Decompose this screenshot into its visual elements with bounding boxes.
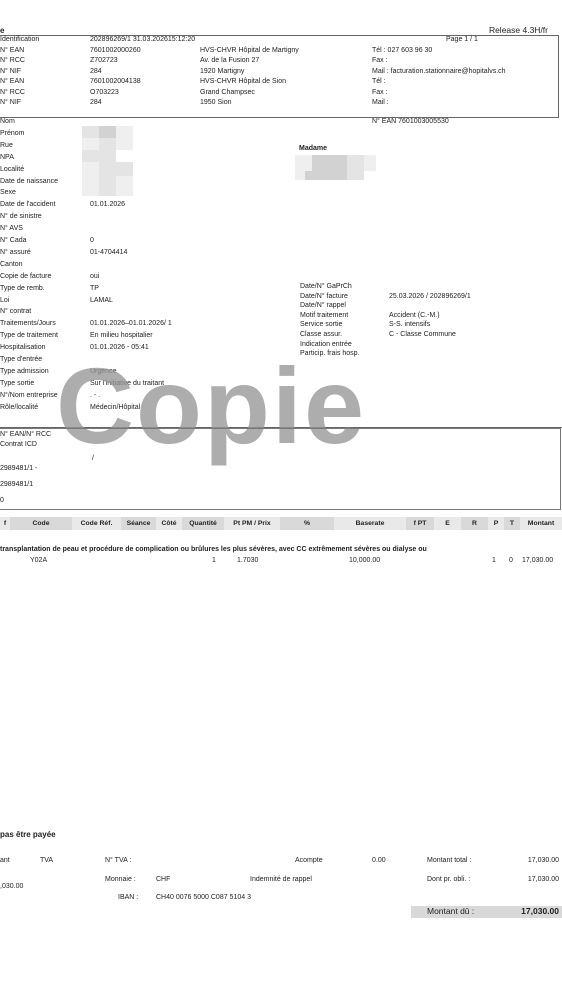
invoice-label: Date/N° facture (300, 293, 348, 300)
invoice-label: Date/N° rappel (300, 302, 346, 309)
acompte-label: Acompte (295, 857, 323, 864)
header-row: N° RCCO703223Grand ChampsecFax : (0, 89, 562, 99)
patient-label: N° Cada (0, 237, 27, 244)
row-quantite: 1 (212, 557, 216, 564)
diag-line-2: 2989481/1 (0, 481, 33, 488)
patient-label: Date de l'accident (0, 201, 55, 208)
monnaie-value: CHF (156, 876, 170, 883)
header-col3: Grand Champsec (200, 89, 255, 96)
col-code-ref: Code Réf. (72, 517, 121, 530)
col-percent: % (280, 517, 334, 530)
invoice-label: Service sortie (300, 321, 342, 328)
footer-amount: ,030.00 (0, 883, 23, 890)
header-value: 284 (90, 99, 102, 106)
header-label: Identification (0, 36, 39, 43)
tva-number-label: N° TVA : (105, 857, 131, 864)
invoice-label: Classe assur. (300, 331, 342, 338)
header-row: N° EAN7601002004138HVS-CHVR Hôpital de S… (0, 78, 562, 88)
header-label: N° NIF (0, 99, 21, 106)
release-label: Release 4.3H/fr (489, 25, 548, 35)
header-col3: Av. de la Fusion 27 (200, 57, 259, 64)
header-value: O703223 (90, 89, 119, 96)
invoice-label: Motif traitement (300, 312, 348, 319)
patient-label: Type sortie (0, 380, 34, 387)
patient-label: Sexe (0, 189, 16, 196)
patient-label: Hospitalisation (0, 344, 46, 351)
patient-label: N° contrat (0, 308, 31, 315)
col-prix: Pt PM / Prix (224, 517, 280, 530)
contract-box (0, 428, 561, 510)
col-p: P (488, 517, 504, 530)
header-col4: Mail : (372, 99, 389, 106)
patient-label: Canton (0, 261, 23, 268)
patient-label: Nom (0, 118, 15, 125)
row-code: Y02A (30, 557, 47, 564)
amount-due-label: Montant dû : (427, 906, 474, 916)
contract-slash: / (92, 455, 94, 462)
patient-label: Type d'entrée (0, 356, 42, 363)
patient-value: 01.01.2026 (90, 201, 125, 208)
col-fpt: f PT (406, 517, 434, 530)
oblig-value: 17,030.00 (528, 876, 559, 883)
col-cote: Côté (156, 517, 182, 530)
invoice-value: S-S. intensifs (389, 321, 430, 328)
patient-label: Loi (0, 297, 9, 304)
services-table-header: f Code Code Réf. Séance Côté Quantité Pt… (0, 517, 562, 530)
col-baserate: Baserate (334, 517, 406, 530)
patient-value: TP (90, 285, 99, 292)
header-label: N° EAN (0, 78, 24, 85)
diag-line-3: 0 (0, 497, 4, 504)
patient-value: 01.01.2026–01.01.2026/ 1 (90, 320, 172, 327)
col-code: Code (10, 517, 72, 530)
patient-value: LAMAL (90, 297, 113, 304)
monnaie-label: Monnaie : (105, 876, 136, 883)
amount-due-value: 17,030.00 (521, 906, 559, 916)
patient-label: Date de naissance (0, 178, 58, 185)
header-col3: HVS-CHVR Hôpital de Sion (200, 78, 286, 85)
col-r: R (461, 517, 488, 530)
patient-label: Prénom (0, 130, 25, 137)
row-t: 0 (509, 557, 513, 564)
header-value: 284 (90, 68, 102, 75)
header-col4: Mail : facturation.stationnaire@hopitalv… (372, 68, 506, 75)
payment-notice: pas être payée (0, 830, 56, 839)
invoice-value: C - Classe Commune (389, 331, 456, 338)
patient-label: N° de sinistre (0, 213, 42, 220)
header-label: N° RCC (0, 57, 25, 64)
patient-label: Copie de facture (0, 273, 51, 280)
header-row: N° NIF2841950 SionMail : (0, 99, 562, 109)
header-col4: Fax : (372, 57, 388, 64)
patient-label: Type de remb. (0, 285, 45, 292)
footer-col-tva: TVA (40, 857, 53, 864)
patient-label: Type de traitement (0, 332, 58, 339)
invoice-label: Date/N° GaPrCh (300, 283, 352, 290)
acompte-value: 0.00 (372, 857, 386, 864)
document-title: e (0, 26, 4, 35)
patient-value: 0 (90, 237, 94, 244)
header-col4: Fax : (372, 89, 388, 96)
recipient-ean: N° EAN 7601003005530 (372, 118, 449, 125)
header-label: N° RCC (0, 89, 25, 96)
col-f: f (0, 517, 10, 530)
patient-label: NPA (0, 154, 14, 161)
header-col3: 1950 Sion (200, 99, 232, 106)
patient-label: N° assuré (0, 249, 31, 256)
invoice-value: Accident (C.-M.) (389, 312, 440, 319)
patient-value: 01-4704414 (90, 249, 127, 256)
patient-value: oui (90, 273, 99, 280)
header-value: Z702723 (90, 57, 118, 64)
patient-label: Rôle/localité (0, 404, 38, 411)
row-prix: 1.7030 (237, 557, 258, 564)
patient-label: N°/Nom entreprise (0, 392, 58, 399)
header-row: Identification202896269/1 31.03.202615:1… (0, 36, 562, 46)
patient-label: Traitements/Jours (0, 320, 56, 327)
col-montant: Montant (520, 517, 562, 530)
patient-value: En milieu hospitalier (90, 332, 153, 339)
indemnite-label: Indemnité de rappel (250, 876, 312, 883)
recipient-salutation: Madame (299, 145, 327, 152)
row-p: 1 (492, 557, 496, 564)
header-row: N° RCCZ702723Av. de la Fusion 27Fax : (0, 57, 562, 67)
col-t: T (504, 517, 520, 530)
header-col4: Tél : (372, 78, 386, 85)
total-label: Montant total : (427, 857, 471, 864)
header-col4: Tél : 027 603 96 30 (372, 47, 432, 54)
patient-label: Type admission (0, 368, 49, 375)
patient-label: Localité (0, 166, 24, 173)
iban-value: CH40 0076 5000 C087 5104 3 (156, 894, 251, 901)
contrat-icd-label: Contrat ICD (0, 441, 37, 448)
header-row: N° NIF2841920 MartignyMail : facturation… (0, 68, 562, 78)
iban-label: IBAN : (118, 894, 138, 901)
col-quantite: Quantité (182, 517, 224, 530)
patient-label: Rue (0, 142, 13, 149)
header-row: N° EAN7601002000260HVS-CHVR Hôpital de M… (0, 47, 562, 57)
ean-rcc-label: N° EAN/N° RCC (0, 431, 51, 438)
row-montant: 17,030.00 (522, 557, 553, 564)
col-e: E (434, 517, 461, 530)
footer-col-montant: ant (0, 857, 10, 864)
header-label: N° EAN (0, 47, 24, 54)
oblig-label: Dont pr. obli. : (427, 876, 470, 883)
col-seance: Séance (121, 517, 156, 530)
header-value: 202896269/1 31.03.202615:12:20 (90, 36, 195, 43)
row-baserate: 10,000.00 (349, 557, 380, 564)
diag-line-1: 2989481/1 - (0, 465, 37, 472)
invoice-value: 25.03.2026 / 202896269/1 (389, 293, 471, 300)
header-col3: 1920 Martigny (200, 68, 244, 75)
service-group-title: transplantation de peau et procédure de … (0, 546, 427, 553)
total-value: 17,030.00 (528, 857, 559, 864)
patient-label: N° AVS (0, 225, 23, 232)
header-label: N° NIF (0, 68, 21, 75)
header-value: 7601002000260 (90, 47, 141, 54)
header-value: 7601002004138 (90, 78, 141, 85)
header-col3: HVS-CHVR Hôpital de Martigny (200, 47, 299, 54)
